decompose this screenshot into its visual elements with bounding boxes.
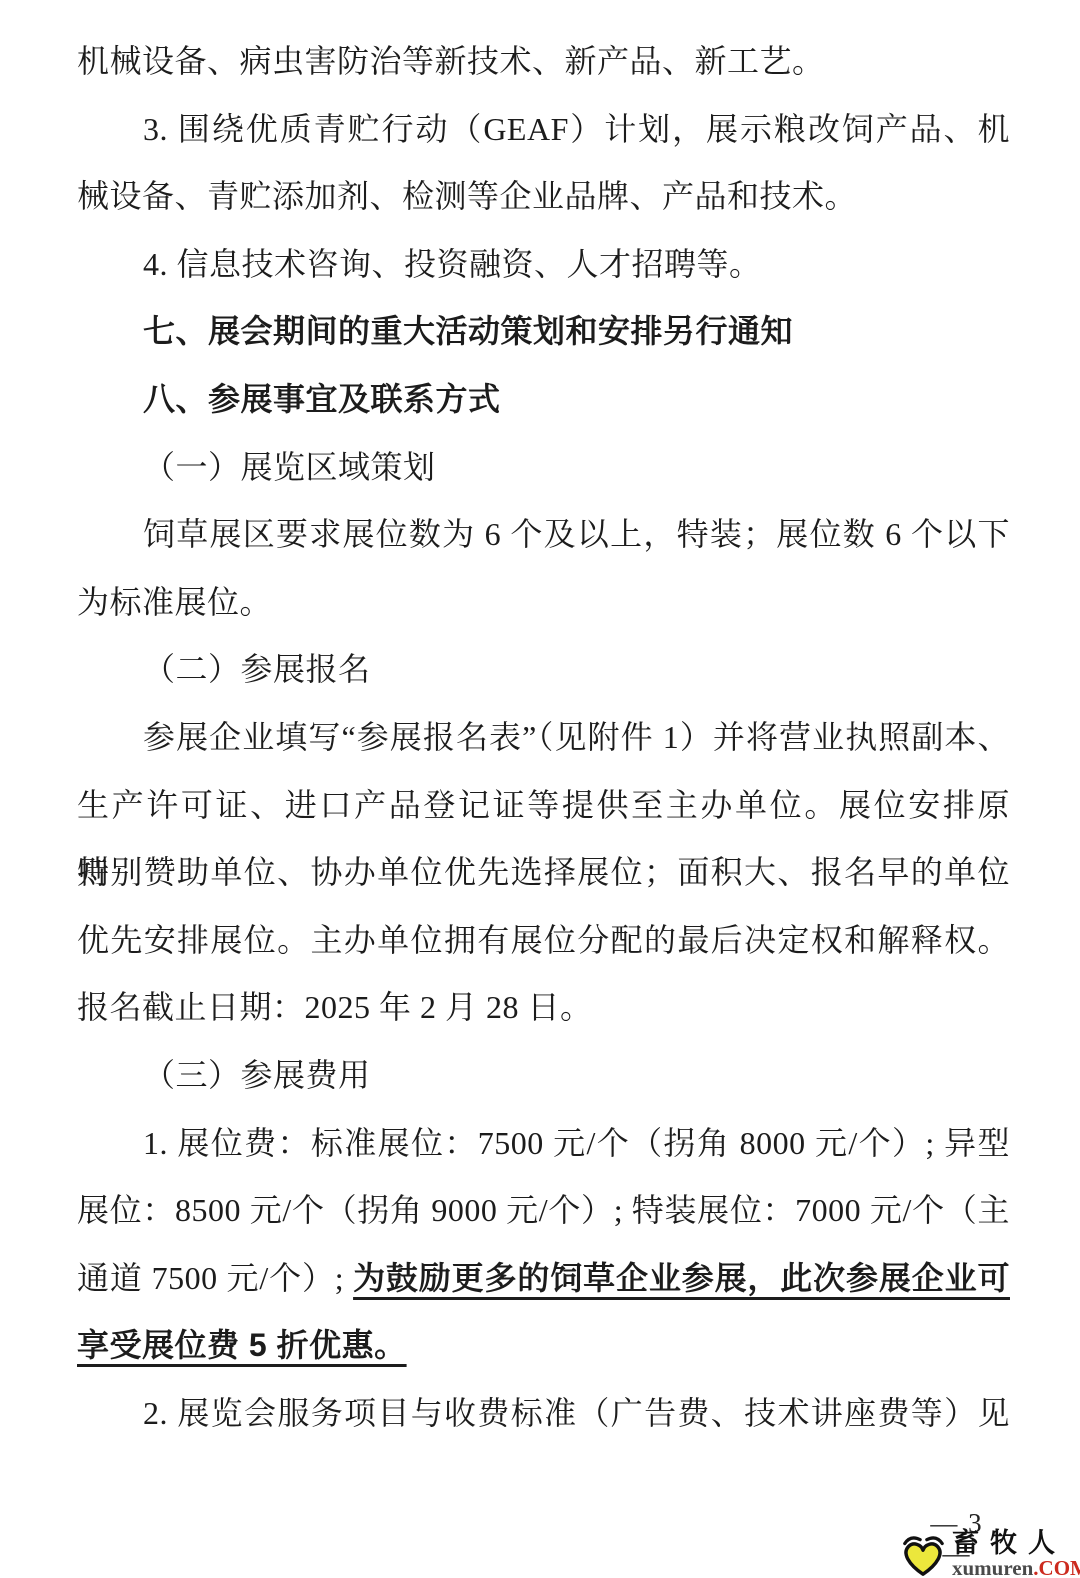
line-13: 特别赞助单位、协办单位优先选择展位；面积大、报名早的单位 <box>77 839 1010 907</box>
text-segment: 报名截止日期：2025 年 2 月 28 日。 <box>77 989 593 1025</box>
line-21: 2. 展览会服务项目与收费标准（广告费、技术讲座费等）见 <box>77 1380 1010 1448</box>
text-segment: 1. 展位费：标准展位：7500 元/个（拐角 8000 元/个）; 异型 <box>143 1125 1010 1161</box>
line-11: 参展企业填写“参展报名表”（见附件 1）并将营业执照副本、 <box>77 704 1010 772</box>
line-10-subheading: （二）参展报名 <box>77 636 1010 704</box>
text-segment: 通道 7500 元/个）; <box>77 1260 353 1296</box>
line-8: 饲草展区要求展位数为 6 个及以上，特装；展位数 6 个以下 <box>77 501 1010 569</box>
text-segment: 参展企业填写“参展报名表”（见附件 1）并将营业执照副本、 <box>143 719 1010 755</box>
line-18: 展位：8500 元/个（拐角 9000 元/个）; 特装展位：7000 元/个（… <box>77 1177 1010 1245</box>
line-7-subheading: （一）展览区域策划 <box>77 434 1010 502</box>
line-15: 报名截止日期：2025 年 2 月 28 日。 <box>77 974 1010 1042</box>
brand-tld: .COM <box>1033 1556 1080 1578</box>
text-segment: 4. 信息技术咨询、投资融资、人才招聘等。 <box>143 246 762 282</box>
text-segment: 2. 展览会服务项目与收费标准（广告费、技术讲座费等）见 <box>143 1395 1010 1431</box>
site-watermark: 畜牧人 xumuren.COM <box>898 1530 1080 1578</box>
line-6-heading: 八、参展事宜及联系方式 <box>77 366 1010 434</box>
text-segment: 展位：8500 元/个（拐角 9000 元/个）; 特装展位：7000 元/个（… <box>77 1192 1010 1228</box>
line-5-heading: 七、展会期间的重大活动策划和安排另行通知 <box>77 298 1010 366</box>
line-2: 3. 围绕优质青贮行动（GEAF）计划，展示粮改饲产品、机 <box>77 96 1010 164</box>
emphasized-segment: 为鼓励更多的饲草企业参展，此次参展企业可 <box>353 1260 1010 1296</box>
line-12: 生产许可证、进口产品登记证等提供至主办单位。展位安排原则： <box>77 772 1010 840</box>
line-19: 通道 7500 元/个）; 为鼓励更多的饲草企业参展，此次参展企业可 <box>77 1245 1010 1313</box>
brand-text: 畜牧人 xumuren.COM <box>952 1530 1080 1578</box>
text-segment: 为标准展位。 <box>77 584 272 620</box>
line-3: 械设备、青贮添加剂、检测等企业品牌、产品和技术。 <box>77 163 1010 231</box>
text-segment: 特别赞助单位、协办单位优先选择展位；面积大、报名早的单位 <box>77 854 1010 890</box>
heading-segment: 七、展会期间的重大活动策划和安排另行通知 <box>143 313 793 349</box>
text-segment: （一）展览区域策划 <box>143 449 436 485</box>
line-17: 1. 展位费：标准展位：7500 元/个（拐角 8000 元/个）; 异型 <box>77 1110 1010 1178</box>
line-9: 为标准展位。 <box>77 569 1010 637</box>
line-14: 优先安排展位。主办单位拥有展位分配的最后决定权和解释权。 <box>77 907 1010 975</box>
text-segment: 3. 围绕优质青贮行动（GEAF）计划，展示粮改饲产品、机 <box>143 111 1010 147</box>
text-segment: 械设备、青贮添加剂、检测等企业品牌、产品和技术。 <box>77 178 857 214</box>
text-segment: 饲草展区要求展位数为 6 个及以上，特装；展位数 6 个以下 <box>143 516 1010 552</box>
emphasized-segment: 享受展位费 5 折优惠。 <box>77 1327 407 1363</box>
brand-name-en: xumuren <box>952 1556 1033 1578</box>
text-segment: 优先安排展位。主办单位拥有展位分配的最后决定权和解释权。 <box>77 922 1010 958</box>
line-1: 机械设备、病虫害防治等新技术、新产品、新工艺。 <box>77 28 1010 96</box>
line-4: 4. 信息技术咨询、投资融资、人才招聘等。 <box>77 231 1010 299</box>
line-20: 享受展位费 5 折优惠。 <box>77 1312 1010 1380</box>
text-segment: （二）参展报名 <box>143 651 371 687</box>
document-page: 机械设备、病虫害防治等新技术、新产品、新工艺。 3. 围绕优质青贮行动（GEAF… <box>0 0 1080 1578</box>
brand-name-cn: 畜牧人 <box>952 1530 1080 1557</box>
text-segment: （三）参展费用 <box>143 1057 371 1093</box>
heart-logo-icon <box>898 1532 948 1578</box>
brand-domain: xumuren.COM <box>952 1558 1080 1578</box>
text-segment: 机械设备、病虫害防治等新技术、新产品、新工艺。 <box>77 43 825 79</box>
heading-segment: 八、参展事宜及联系方式 <box>143 381 501 417</box>
text-block: 机械设备、病虫害防治等新技术、新产品、新工艺。 3. 围绕优质青贮行动（GEAF… <box>77 28 1010 1447</box>
line-16-subheading: （三）参展费用 <box>77 1042 1010 1110</box>
